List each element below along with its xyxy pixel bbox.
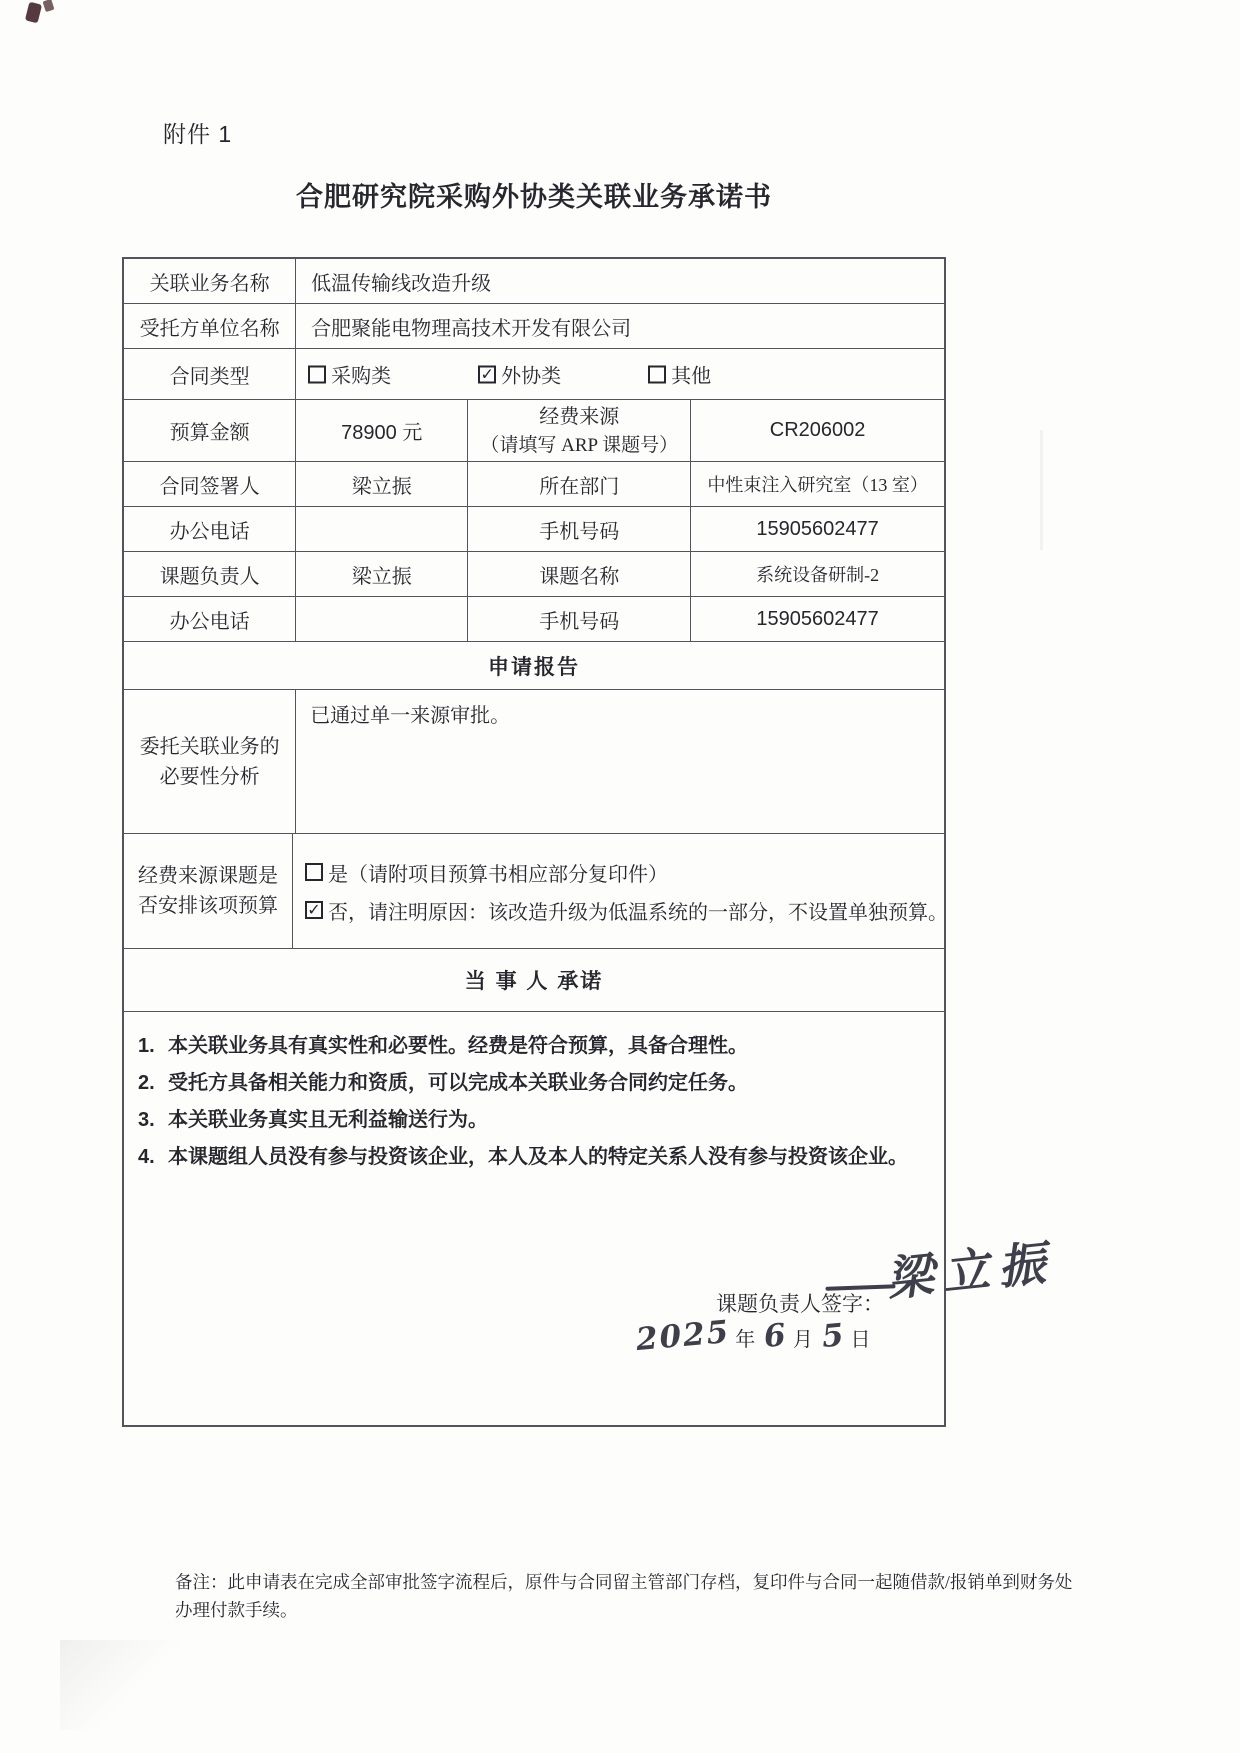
option-no-text: 否，请注明原因：该改造升级为低温系统的一部分，不设置单独预算。 xyxy=(328,896,948,925)
table-row-budget-question: 经费来源课题是否安排该项预算 是（请附项目预算书相应部分复印件） ✓ 否，请注明… xyxy=(124,834,944,949)
funding-source-label-line2: （请填写 ARP 课题号） xyxy=(480,432,678,459)
contract-type-options: 采购类 ✓ 外协类 其他 xyxy=(296,349,944,399)
checkbox-icon xyxy=(305,863,323,881)
mobile-value: 15905602477 xyxy=(691,507,944,551)
item-text: 本课题组人员没有参与投资该企业，本人及本人的特定关系人没有参与投资该企业。 xyxy=(168,1139,908,1176)
checkbox-checked-icon: ✓ xyxy=(305,901,323,919)
scanned-document-page: 附件 1 合肥研究院采购外协类关联业务承诺书 关联业务名称 低温传输线改造升级 … xyxy=(0,0,1240,1753)
option-other: 其他 xyxy=(648,360,711,389)
table-row-application-report-header: 申请报告 xyxy=(124,642,944,690)
budget-label: 预算金额 xyxy=(124,400,296,461)
checkbox-icon xyxy=(648,365,666,383)
contract-type-label: 合同类型 xyxy=(124,349,296,399)
date-month: 6 xyxy=(763,1317,790,1355)
contract-signer-value: 梁立振 xyxy=(296,462,468,506)
department-value: 中性束注入研究室（13 室） xyxy=(691,462,944,506)
item-number: 1. xyxy=(138,1028,168,1065)
funding-source-value: CR206002 xyxy=(691,400,944,461)
commitment-item: 3. 本关联业务真实且无利益输送行为。 xyxy=(138,1102,928,1139)
option-yes-text: 是（请附项目预算书相应部分复印件） xyxy=(328,858,668,887)
scan-artifact xyxy=(1040,430,1043,550)
page-title: 合肥研究院采购外协类关联业务承诺书 xyxy=(122,175,946,214)
table-row-contract-type: 合同类型 采购类 ✓ 外协类 其他 xyxy=(124,349,944,400)
item-text: 本关联业务具有真实性和必要性。经费是符合预算，具备合理性。 xyxy=(168,1028,748,1065)
option-yes: 是（请附项目预算书相应部分复印件） xyxy=(305,858,668,887)
scan-artifact xyxy=(43,0,55,12)
project-name-value: 系统设备研制-2 xyxy=(691,552,944,596)
commitment-list: 1. 本关联业务具有真实性和必要性。经费是符合预算，具备合理性。 2. 受托方具… xyxy=(124,1012,944,1176)
entrusted-unit-label: 受托方单位名称 xyxy=(124,304,296,348)
project-name-label: 课题名称 xyxy=(468,552,691,596)
item-number: 3. xyxy=(138,1102,168,1139)
checkbox-checked-icon: ✓ xyxy=(478,365,496,383)
commitment-item: 4. 本课题组人员没有参与投资该企业，本人及本人的特定关系人没有参与投资该企业。 xyxy=(138,1139,928,1176)
office-phone-value xyxy=(296,597,468,641)
handwritten-signature: 梁立振 xyxy=(883,1225,1057,1309)
commitment-item: 1. 本关联业务具有真实性和必要性。经费是符合预算，具备合理性。 xyxy=(138,1028,928,1065)
item-text: 受托方具备相关能力和资质，可以完成本关联业务合同约定任务。 xyxy=(168,1065,748,1102)
month-char: 月 xyxy=(793,1323,813,1352)
budget-question-options: 是（请附项目预算书相应部分复印件） ✓ 否，请注明原因：该改造升级为低温系统的一… xyxy=(293,834,944,948)
table-row-commitment-body: 1. 本关联业务具有真实性和必要性。经费是符合预算，具备合理性。 2. 受托方具… xyxy=(124,1012,944,1429)
mobile-label: 手机号码 xyxy=(468,507,691,551)
office-phone-label: 办公电话 xyxy=(124,507,296,551)
checkbox-icon xyxy=(308,365,326,383)
handwritten-date: 2025 年 6 月 5 日 xyxy=(636,1318,879,1354)
mobile-value: 15905602477 xyxy=(691,597,944,641)
table-row-business-name: 关联业务名称 低温传输线改造升级 xyxy=(124,259,944,304)
option-purchase: 采购类 xyxy=(308,360,391,389)
signature-label: 课题负责人签字： xyxy=(716,1288,884,1318)
commitment-body: 1. 本关联业务具有真实性和必要性。经费是符合预算，具备合理性。 2. 受托方具… xyxy=(124,1012,944,1429)
project-leader-label: 课题负责人 xyxy=(124,552,296,596)
item-number: 2. xyxy=(138,1065,168,1102)
table-row-necessity: 委托关联业务的必要性分析 已通过单一来源审批。 xyxy=(124,690,944,834)
scan-artifact xyxy=(25,2,42,24)
attachment-label: 附件 1 xyxy=(163,116,232,149)
necessity-value: 已通过单一来源审批。 xyxy=(296,690,944,833)
mobile-label: 手机号码 xyxy=(468,597,691,641)
option-other-label: 其他 xyxy=(671,360,711,389)
table-row-contract-signer: 合同签署人 梁立振 所在部门 中性束注入研究室（13 室） xyxy=(124,462,944,507)
year-char: 年 xyxy=(735,1323,755,1352)
entrusted-unit-value: 合肥聚能电物理高技术开发有限公司 xyxy=(296,304,944,348)
date-year: 2025 xyxy=(635,1314,732,1358)
option-outsourcing: ✓ 外协类 xyxy=(478,360,561,389)
table-row-budget: 预算金额 78900 元 经费来源 （请填写 ARP 课题号） CR206002 xyxy=(124,400,944,462)
table-row-entrusted-unit: 受托方单位名称 合肥聚能电物理高技术开发有限公司 xyxy=(124,304,944,349)
business-name-value: 低温传输线改造升级 xyxy=(296,259,944,303)
footer-note: 备注：此申请表在完成全部审批签字流程后，原件与合同留主管部门存档，复印件与合同一… xyxy=(175,1568,1075,1624)
department-label: 所在部门 xyxy=(468,462,691,506)
office-phone-label: 办公电话 xyxy=(124,597,296,641)
item-text: 本关联业务真实且无利益输送行为。 xyxy=(168,1102,488,1139)
option-outsourcing-label: 外协类 xyxy=(501,360,561,389)
table-row-office-phone-1: 办公电话 手机号码 15905602477 xyxy=(124,507,944,552)
section-header-commitment: 当 事 人 承诺 xyxy=(124,949,944,1011)
office-phone-value xyxy=(296,507,468,551)
funding-source-label-line1: 经费来源 xyxy=(539,403,619,432)
contract-signer-label: 合同签署人 xyxy=(124,462,296,506)
table-row-office-phone-2: 办公电话 手机号码 15905602477 xyxy=(124,597,944,642)
commitment-form-table: 关联业务名称 低温传输线改造升级 受托方单位名称 合肥聚能电物理高技术开发有限公… xyxy=(122,257,946,1427)
commitment-item: 2. 受托方具备相关能力和资质，可以完成本关联业务合同约定任务。 xyxy=(138,1065,928,1102)
budget-question-label: 经费来源课题是否安排该项预算 xyxy=(124,834,293,948)
table-row-commitment-header: 当 事 人 承诺 xyxy=(124,949,944,1012)
item-number: 4. xyxy=(138,1139,168,1176)
budget-value: 78900 元 xyxy=(296,400,468,461)
option-purchase-label: 采购类 xyxy=(331,360,391,389)
scan-artifact xyxy=(60,1640,180,1730)
day-char: 日 xyxy=(850,1323,870,1352)
project-leader-value: 梁立振 xyxy=(296,552,468,596)
option-no: ✓ 否，请注明原因：该改造升级为低温系统的一部分，不设置单独预算。 xyxy=(305,896,948,925)
table-row-project-leader: 课题负责人 梁立振 课题名称 系统设备研制-2 xyxy=(124,552,944,597)
section-header-application-report: 申请报告 xyxy=(124,642,944,689)
business-name-label: 关联业务名称 xyxy=(124,259,296,303)
date-day: 5 xyxy=(820,1317,847,1355)
funding-source-label: 经费来源 （请填写 ARP 课题号） xyxy=(468,400,691,461)
necessity-label: 委托关联业务的必要性分析 xyxy=(124,690,296,833)
